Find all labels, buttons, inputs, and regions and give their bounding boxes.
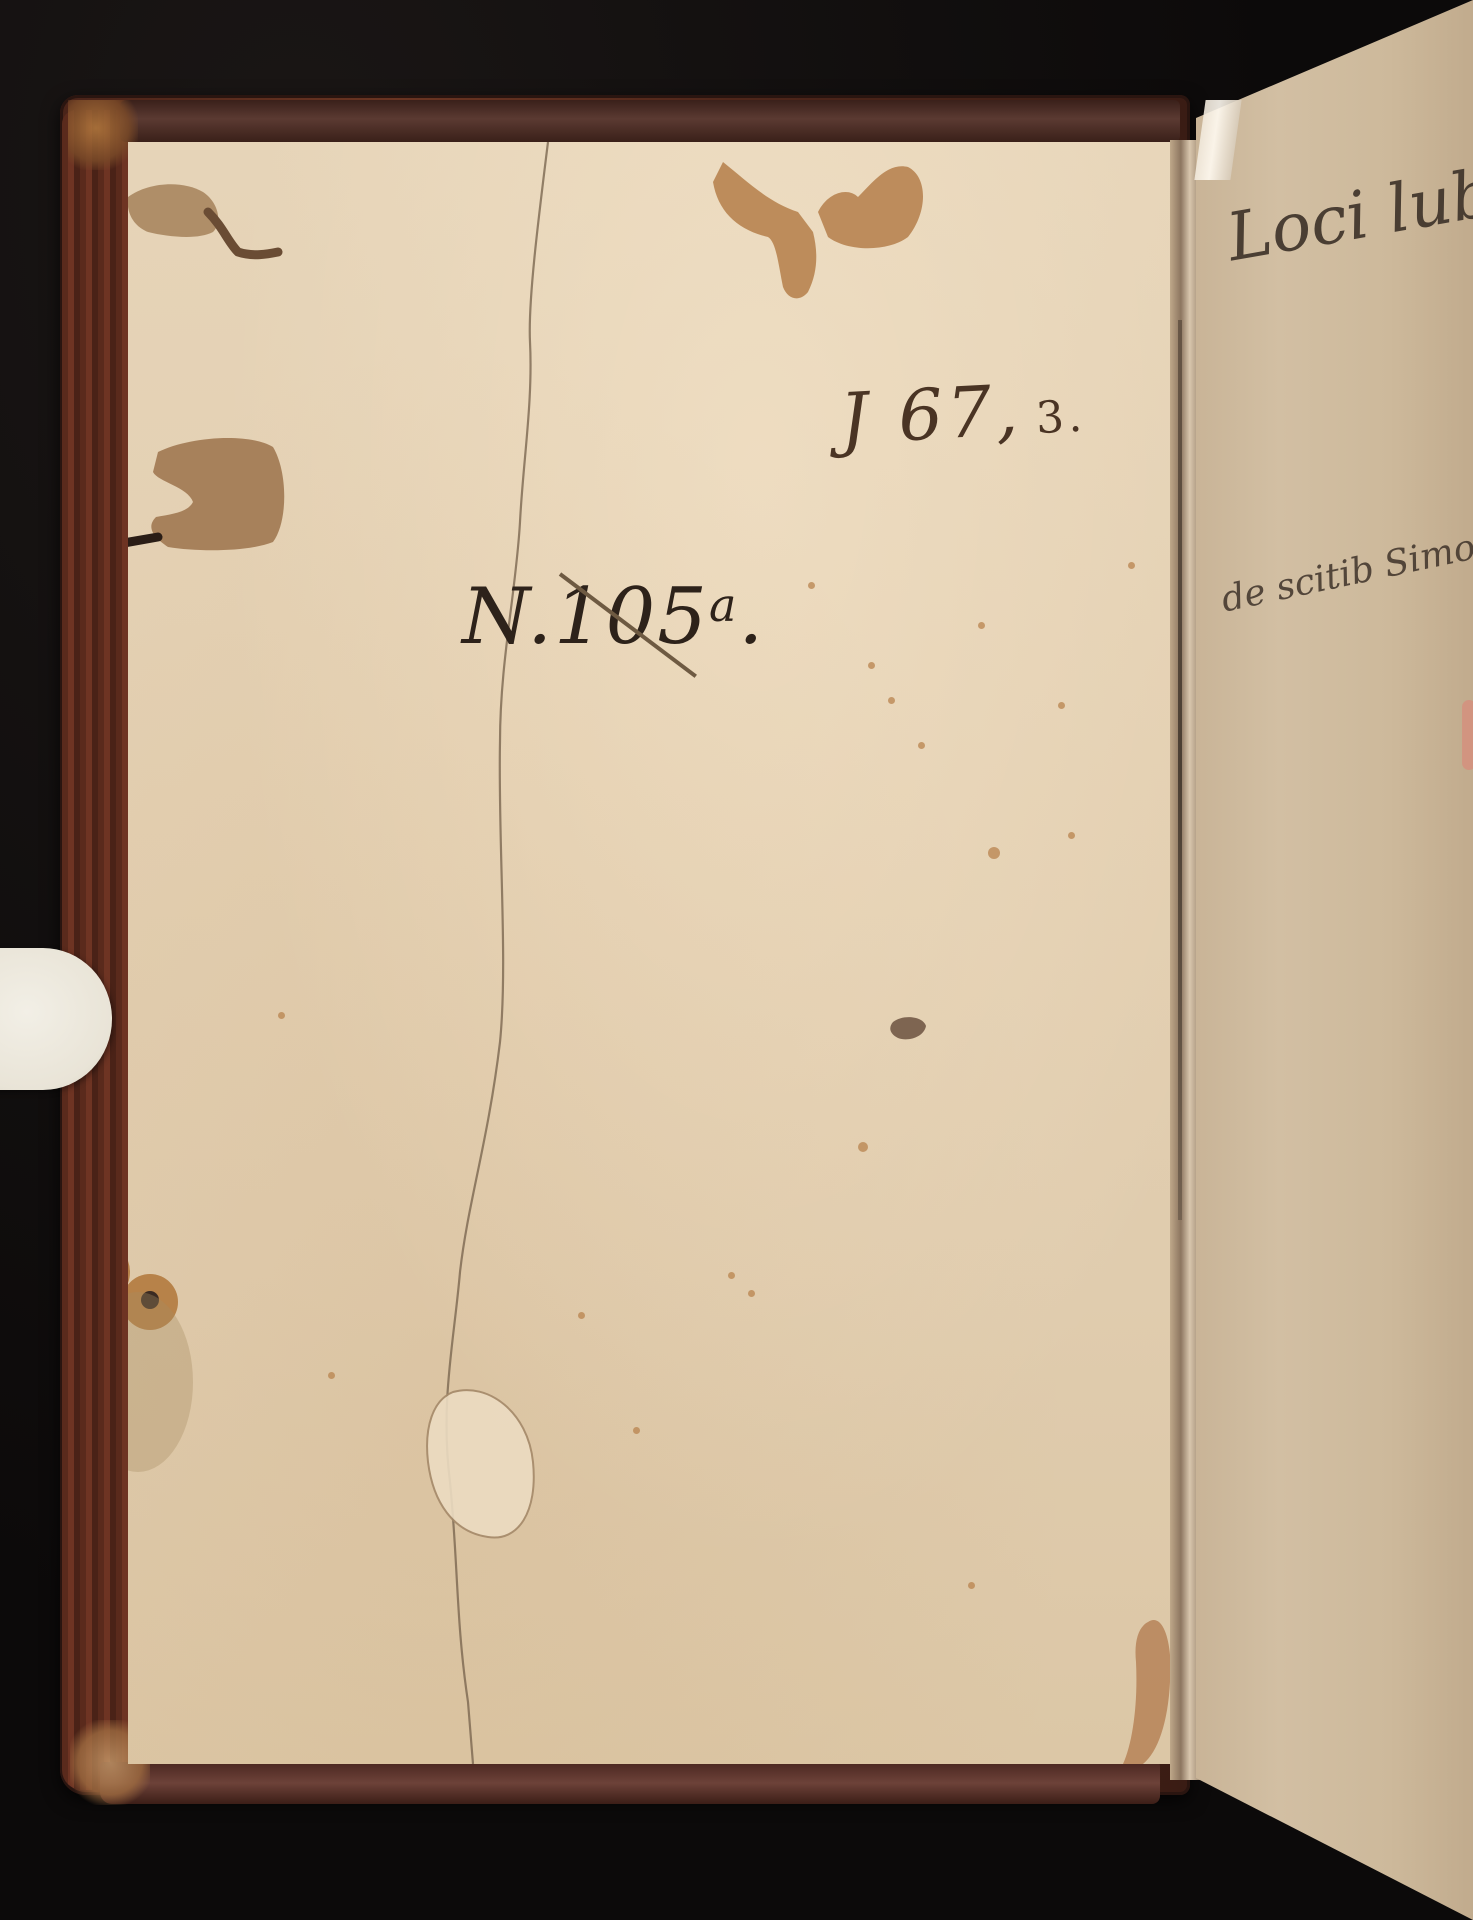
foxing-spot bbox=[328, 1372, 335, 1379]
shelfmark-upper: J 67,3. bbox=[838, 366, 1088, 461]
shelfmark-center-trailing: . bbox=[738, 572, 765, 662]
leather-fore-edge-turn-in bbox=[62, 110, 128, 1790]
foxing-spot bbox=[728, 1272, 735, 1279]
foxing-spot bbox=[808, 582, 815, 589]
foxing-spot bbox=[1068, 832, 1075, 839]
foxing-spot bbox=[978, 622, 985, 629]
foxing-spot bbox=[868, 662, 875, 669]
shelfmark-upper-main: J 67, bbox=[838, 369, 1024, 460]
shelfmark-center-prefix: N bbox=[462, 572, 527, 662]
foxing-spot bbox=[888, 697, 895, 704]
foxing-spot bbox=[633, 1427, 640, 1434]
foxing-spot bbox=[748, 1290, 755, 1297]
shelfmark-center-superscript: a bbox=[709, 578, 738, 632]
foxing-spot bbox=[578, 1312, 585, 1319]
foxing-spot bbox=[278, 1012, 285, 1019]
shelfmark-upper-suffix: 3. bbox=[1035, 391, 1088, 445]
foxing-spot bbox=[918, 742, 925, 749]
foxing-spot bbox=[1058, 702, 1065, 709]
leather-top-turn-in bbox=[120, 100, 1180, 142]
foxing-spot bbox=[858, 1142, 868, 1152]
foxing-spot bbox=[988, 847, 1000, 859]
facing-flyleaf bbox=[1196, 0, 1473, 1920]
leather-bottom-turn-in bbox=[100, 1762, 1160, 1804]
foxing-spot bbox=[1128, 562, 1135, 569]
foxing-spot bbox=[968, 1582, 975, 1589]
red-edge-smudge bbox=[1462, 700, 1473, 770]
gutter-hinge-shadow bbox=[1178, 320, 1182, 1220]
